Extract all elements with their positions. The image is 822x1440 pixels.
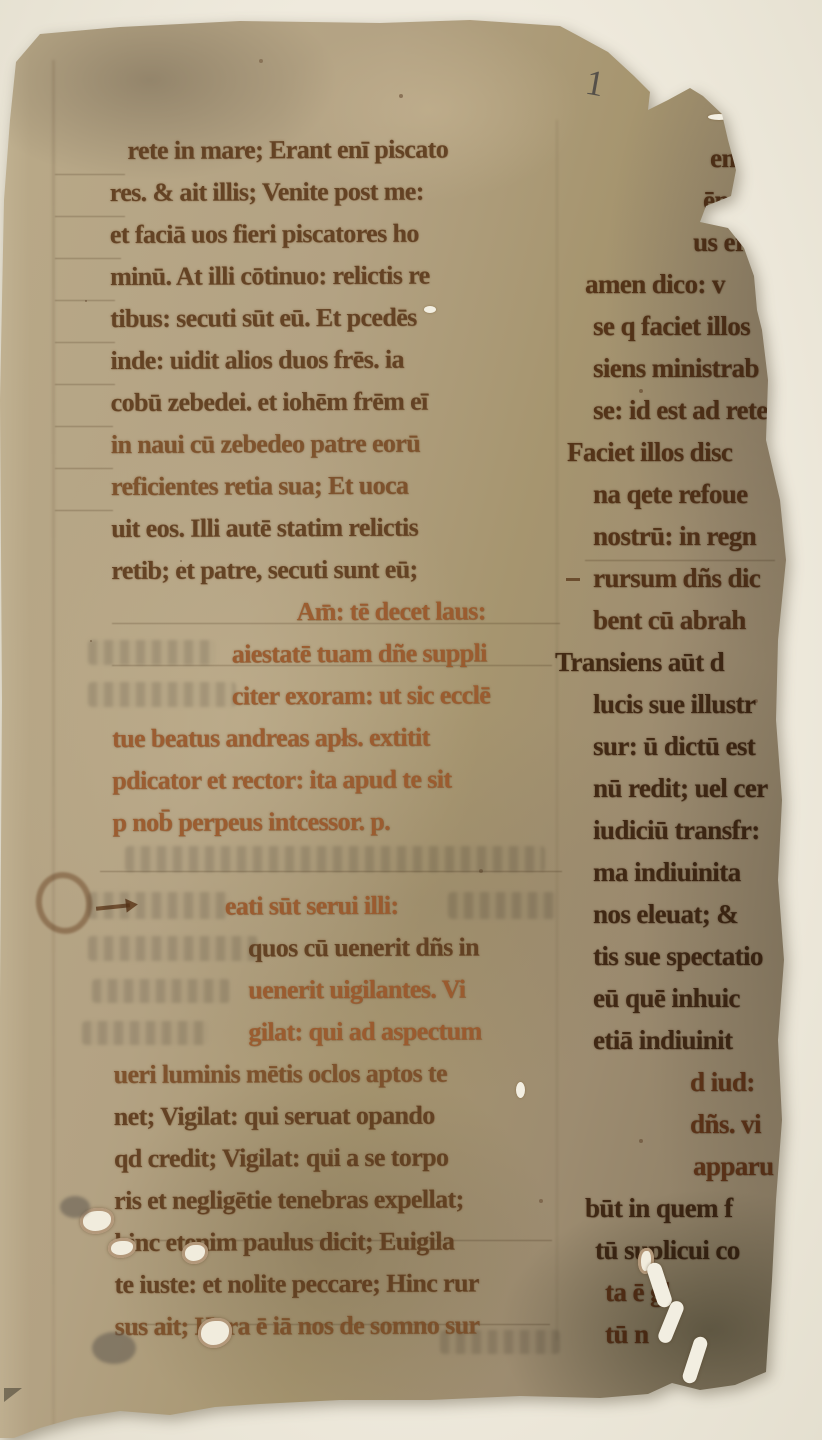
manuscript-line: cobū zebedei. et iohēm frēm eī	[111, 385, 428, 420]
manuscript-line: net; Vigilat: qui seruat opando	[114, 1099, 435, 1134]
manuscript-line: nū redit; uel cer	[593, 771, 768, 805]
manuscript-line: ma indiuinita	[593, 855, 741, 889]
worm-hole	[516, 1082, 525, 1098]
manuscript-line: us er	[693, 225, 746, 259]
manuscript-line: etiā indiuinit	[593, 1023, 732, 1057]
ruling-line	[55, 468, 113, 469]
ink-specks	[0, 0, 2, 2]
manuscript-line: nostrū: in regn	[593, 519, 756, 553]
manuscript-line: ēns. q	[703, 183, 765, 217]
fold-crease	[52, 60, 55, 1430]
manuscript-line: bent cū abrah	[593, 603, 746, 637]
manuscript-line: apparu	[693, 1149, 773, 1183]
manuscript-line: qd credit; Vigilat: qui a se torpo	[114, 1141, 449, 1176]
manuscript-line: Faciet illos disc	[567, 435, 732, 469]
manuscript-line: ris et negligētie tenebras expellat;	[114, 1182, 464, 1218]
stain-patch	[92, 1332, 136, 1364]
manuscript-line: iudiciū transfr:	[593, 813, 760, 847]
pigment-speck	[12, 40, 21, 49]
manuscript-line: tū n	[605, 1317, 648, 1351]
manuscript-line: sus ait; Hora ē iā nos de somno sur	[115, 1308, 480, 1344]
manuscript-photo: rete in mare; Erant enī piscatores. & ai…	[0, 0, 822, 1440]
manuscript-line: dñs. vi	[690, 1107, 761, 1141]
manuscript-line: gilat: qui ad aspectum	[248, 1014, 481, 1049]
text-column-right: emerēns. qus eramen dico: vse q faciet i…	[585, 0, 822, 1440]
ruling-line	[55, 384, 115, 385]
manuscript-line: Am̄: tē decet laus:	[296, 594, 485, 629]
manuscript-line: ueri luminis mētis oclos aptos te	[113, 1057, 447, 1092]
ruling-line	[55, 510, 113, 511]
manuscript-page: rete in mare; Erant enī piscatores. & ai…	[0, 0, 822, 1440]
manuscript-line: se: id est ad rete	[593, 393, 768, 427]
manuscript-line: būt in quem f	[585, 1191, 733, 1225]
parchment-wrapper: rete in mare; Erant enī piscatores. & ai…	[0, 0, 822, 1440]
manuscript-line: eati sūt serui illi:	[225, 889, 399, 924]
corner-mark	[4, 1388, 22, 1402]
manuscript-line: Transiens aūt d	[555, 645, 724, 679]
manuscript-line: na qete refoue	[593, 477, 748, 511]
manuscript-line: res. & ait illis; Venite post me:	[110, 175, 424, 210]
manuscript-line: rursum dñs dic	[593, 561, 760, 595]
manuscript-line: te iuste: et nolite peccare; Hinc rur	[114, 1266, 478, 1302]
manuscript-line: pdicator et rector: ita apud te sit	[112, 762, 451, 797]
manuscript-line: se q faciet illos	[593, 309, 750, 343]
manuscript-line: eū quē inhuic	[593, 981, 740, 1015]
manuscript-line: nos eleuat; &	[593, 897, 738, 931]
margin-dash-mark	[566, 578, 580, 581]
manuscript-line: lucis sue illustr	[593, 687, 755, 721]
surface-loss	[708, 114, 730, 120]
manuscript-line: siens ministrab	[593, 351, 759, 385]
manuscript-line: rete in mare; Erant enī piscato	[127, 133, 448, 168]
manuscript-line: et faciā uos fieri piscatores ho	[110, 217, 419, 252]
manuscript-line: sur: ū dictū est	[593, 729, 755, 763]
manuscript-line: in naui cū zebedeo patre eorū	[111, 427, 420, 462]
ruling-line	[55, 426, 113, 427]
manuscript-line: minū. At illi cōtinuo: relictis re	[110, 259, 430, 294]
manuscript-line: tū suplicui co	[595, 1233, 740, 1267]
manuscript-line: p nob̄ perpeus intcessor. p.	[112, 805, 390, 840]
manuscript-line: reficientes retia sua; Et uoca	[111, 469, 408, 504]
worm-hole	[424, 306, 436, 313]
manuscript-line: amen dico: v	[585, 267, 725, 301]
surface-loss	[740, 122, 750, 127]
ruling-line	[55, 300, 115, 301]
text-column-left: rete in mare; Erant enī piscatores. & ai…	[109, 0, 563, 1440]
manuscript-line: tibus: secuti sūt eū. Et pcedēs	[110, 301, 417, 336]
manuscript-line: hinc etenim paulus dicit; Euigila	[114, 1224, 454, 1259]
manuscript-line: tue beatus andreas apłs. extitit	[112, 721, 430, 756]
ink-ring-mark	[30, 867, 98, 939]
manuscript-line: uenerit uigilantes. Vi	[248, 972, 465, 1007]
manuscript-line: inde: uidit alios duos frēs. ia	[110, 343, 404, 378]
stain-patch	[60, 1196, 90, 1218]
manuscript-line: citer exoram: ut sic ecclē	[232, 678, 490, 713]
manuscript-line: d iud:	[690, 1065, 755, 1099]
ruling-line	[55, 342, 115, 343]
manuscript-line: uit eos. Illi autē statim relictis	[111, 511, 418, 546]
manuscript-line: retib; et patre, secuti sunt eū;	[111, 553, 417, 588]
manuscript-line: emer	[710, 141, 766, 175]
manuscript-line: aiestatē tuam dñe suppli	[232, 636, 487, 671]
manuscript-line: quos cū uenerit dñs in	[248, 930, 479, 965]
manuscript-line: tis sue spectatio	[593, 939, 763, 973]
